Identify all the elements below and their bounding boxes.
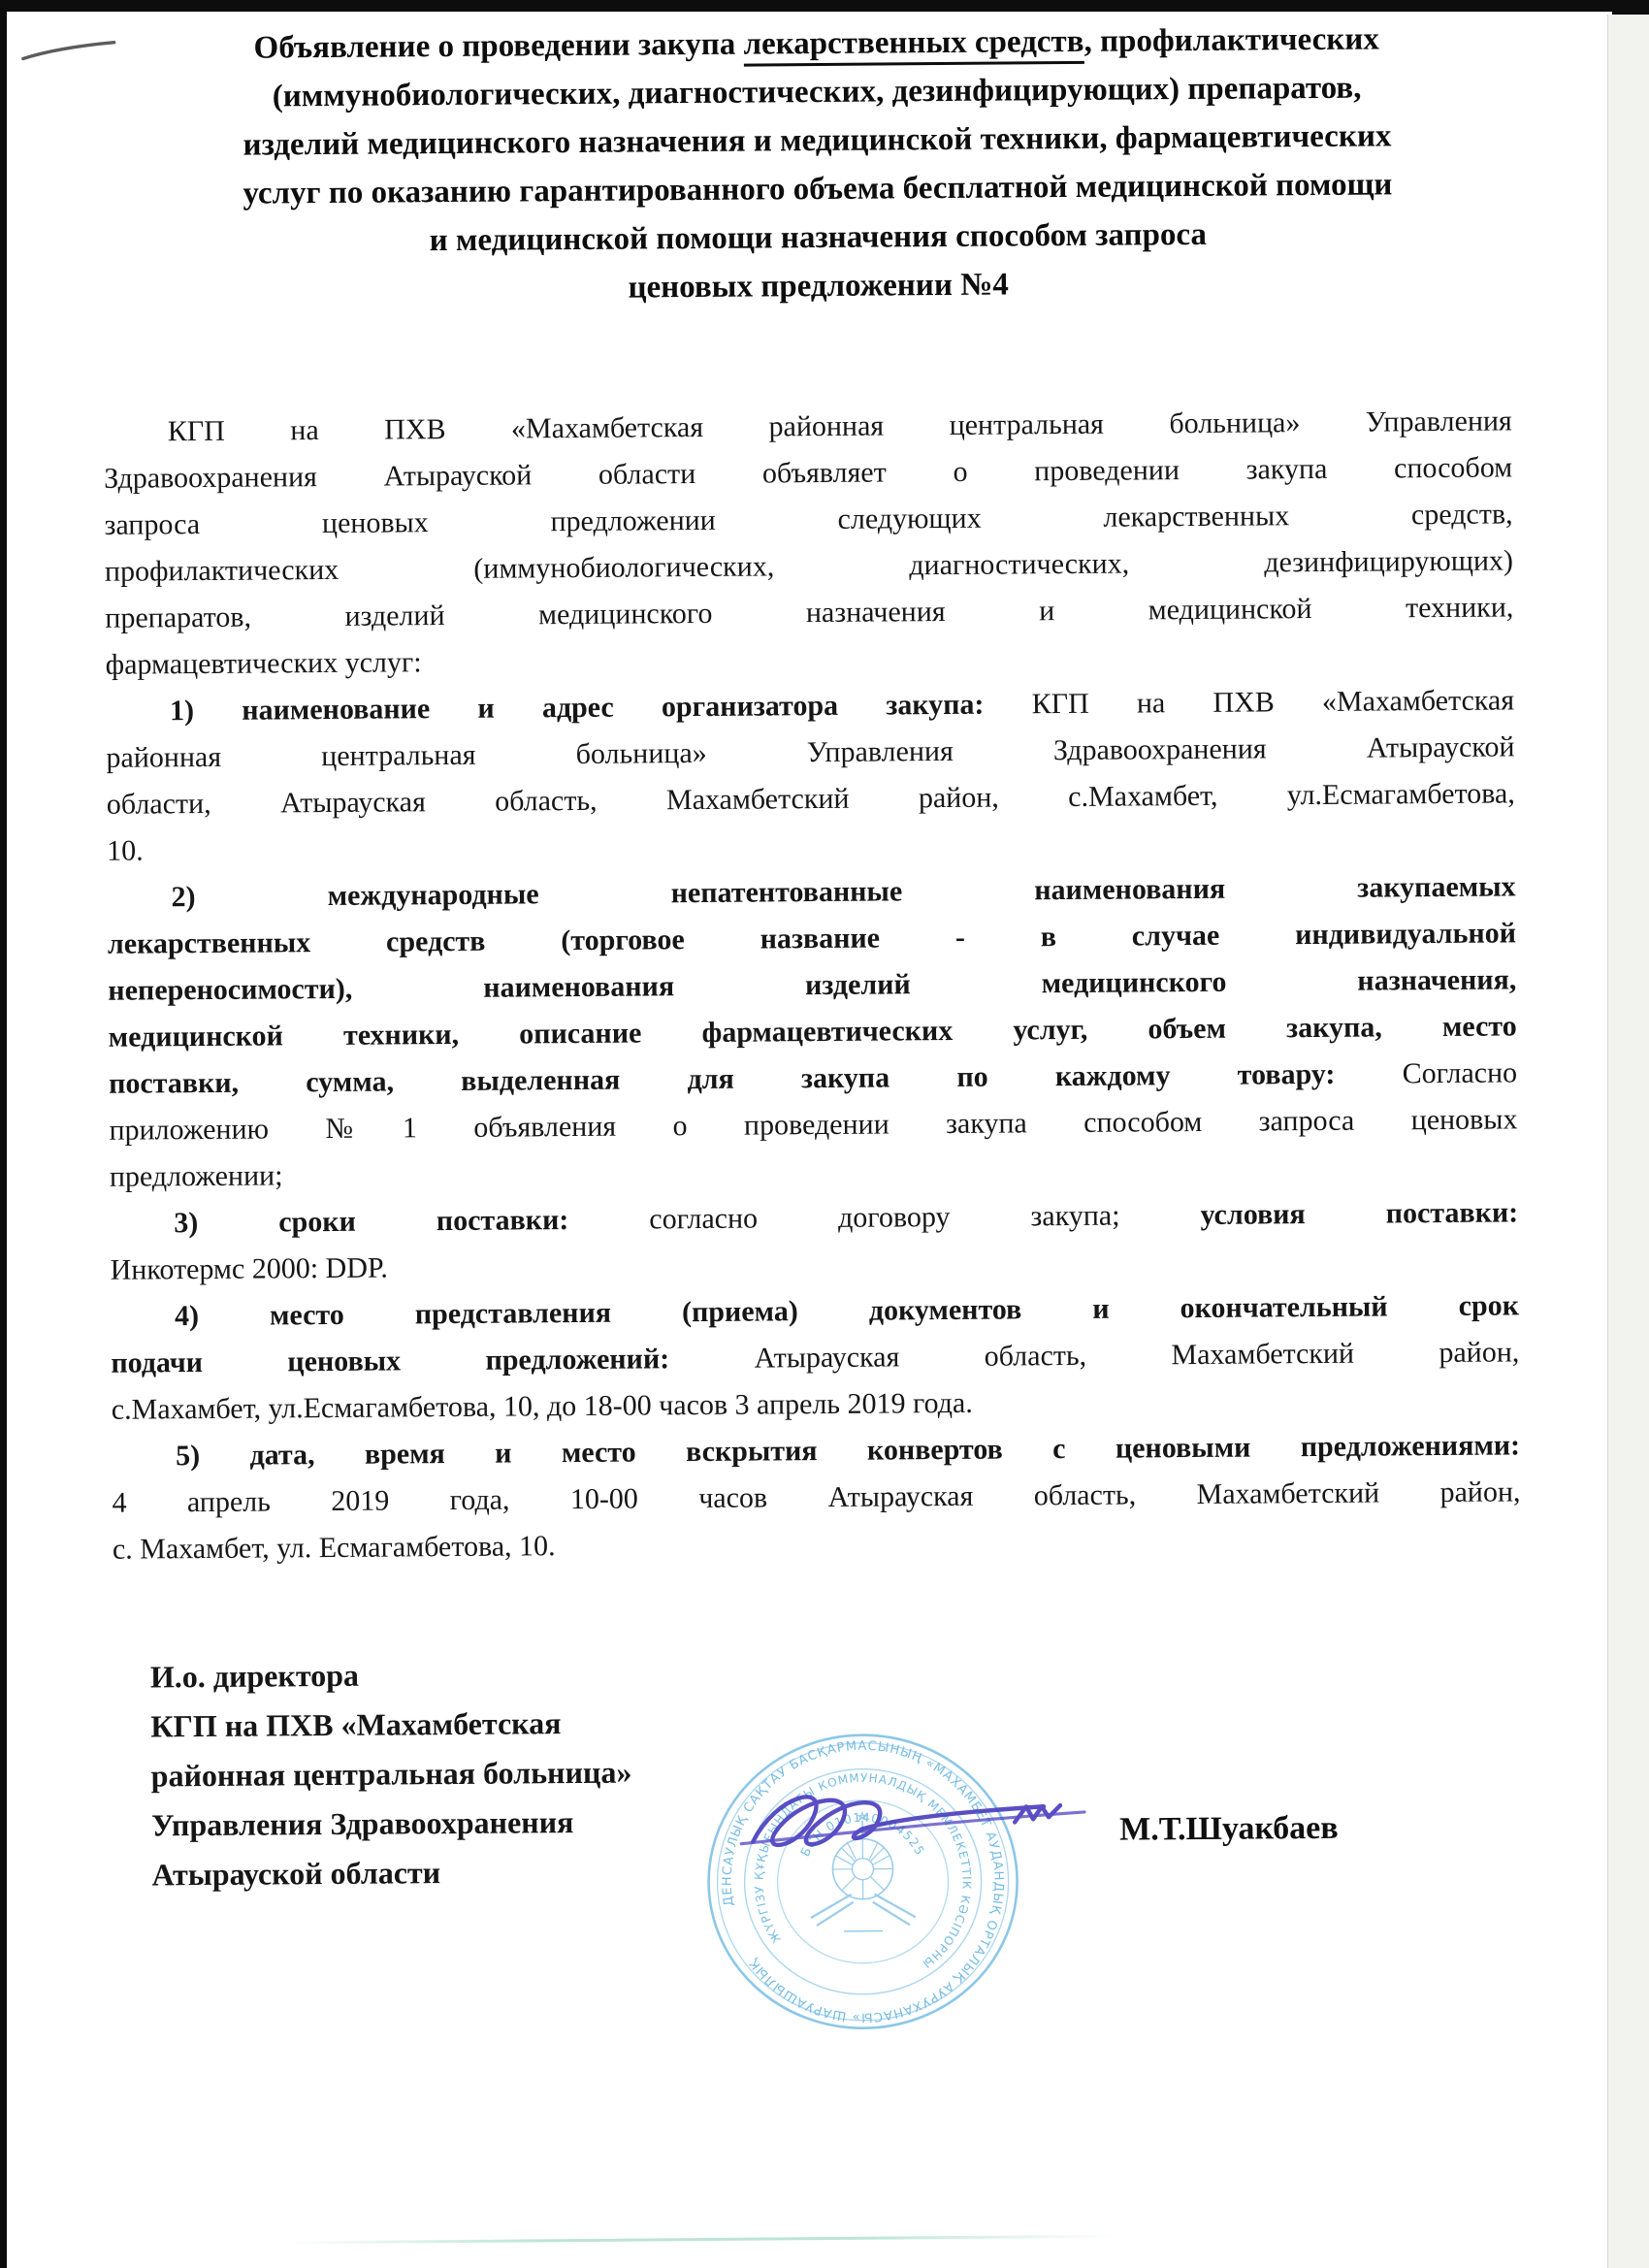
document-content: Объявление о проведении закупа лекарстве… — [0, 0, 1649, 2268]
scan-right-margin — [1607, 15, 1649, 2268]
document-body: КГП на ПХВ «Махамбетская районная центра… — [104, 398, 1521, 1572]
scan-edge-left — [0, 0, 7, 2268]
document-title: Объявление о проведении закупа лекарстве… — [99, 14, 1536, 316]
handwritten-signature-icon — [726, 1767, 1115, 1887]
scan-edge-top — [0, 0, 1612, 12]
signatory-name: М.Т.Шуакбаев — [1119, 1810, 1339, 1849]
scan-edge-corner — [1612, 0, 1649, 15]
text-line: с. Махамбет, ул. Есмагамбетова, 10. — [113, 1515, 1521, 1572]
text-line: И.о. директора — [150, 1647, 829, 1701]
scanned-page: Объявление о проведении закупа лекарстве… — [0, 0, 1649, 2268]
text-line: ценовых предложении №4 — [101, 256, 1536, 316]
pen-mark-icon — [19, 35, 120, 67]
scan-artifact-line — [290, 2235, 1115, 2245]
